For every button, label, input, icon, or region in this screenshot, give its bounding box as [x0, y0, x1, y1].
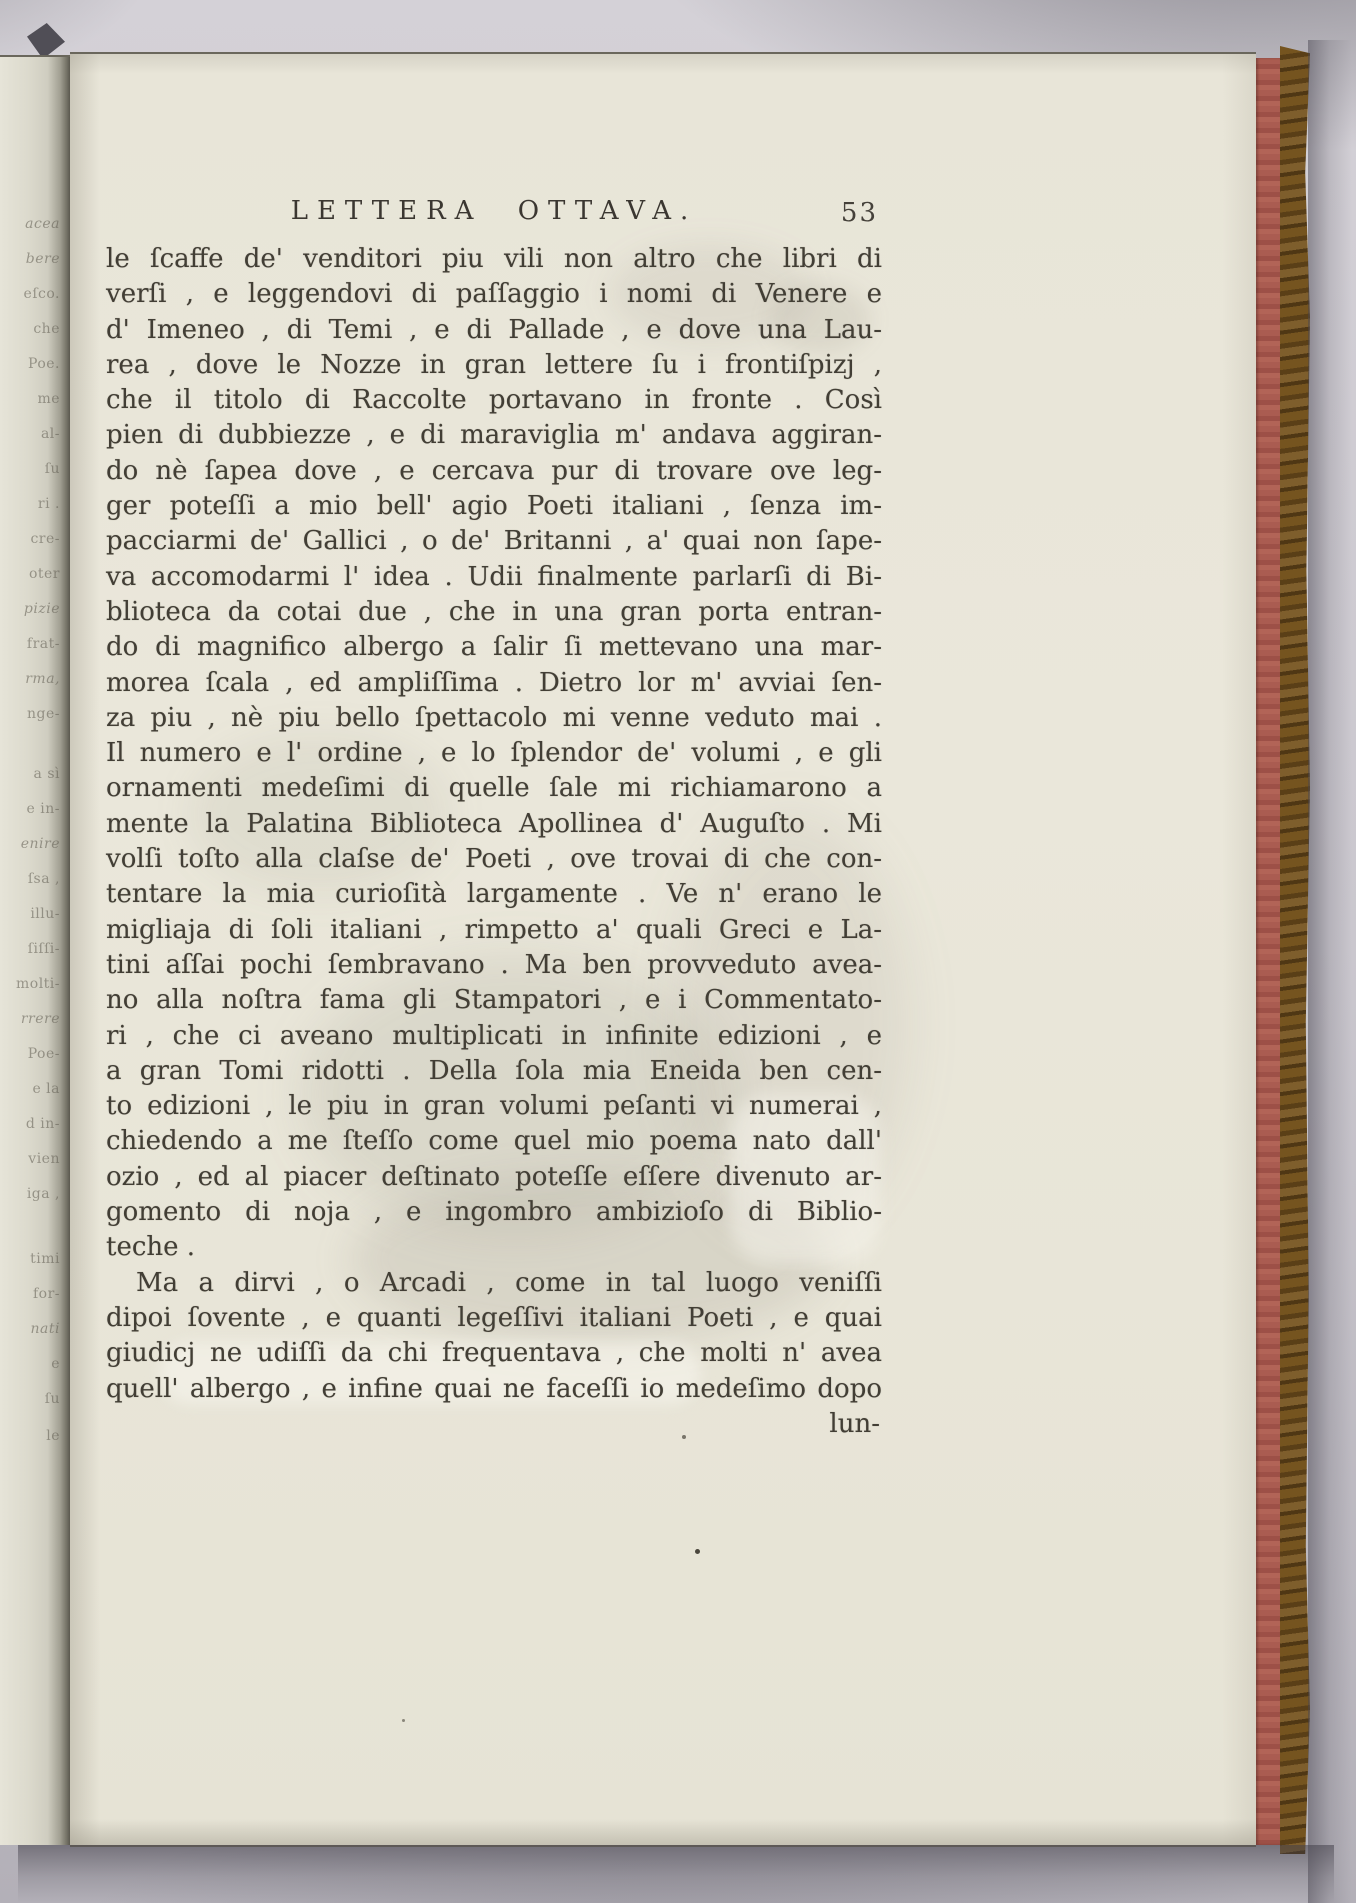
left-edge-fragment: eſco.: [24, 287, 60, 301]
left-edge-fragment: timi: [30, 1252, 60, 1266]
body-text: le ſcaffe de' venditori piu vili non alt…: [106, 242, 882, 1407]
body-line: quell' albergo , e infine quai ne faceſſ…: [106, 1372, 882, 1407]
body-line: va accomodarmi l' idea . Udii finalmente…: [106, 560, 882, 595]
left-edge-fragment: d in-: [26, 1117, 60, 1131]
body-line: pacciarmi de' Gallici , o de' Britanni ,…: [106, 524, 882, 559]
bottom-shadow: [18, 1845, 1334, 1903]
left-edge-fragment: for-: [33, 1287, 60, 1301]
body-line: dipoi ſovente , e quanti legeſſivi itali…: [106, 1301, 882, 1336]
body-line: mente la Palatina Biblioteca Apollinea d…: [106, 807, 882, 842]
binding-corner: [27, 23, 65, 59]
right-shadow: [1308, 40, 1356, 1903]
body-line: teche .: [106, 1230, 882, 1265]
body-line: verſi , e leggendovi di paſſaggio i nomi…: [106, 277, 882, 312]
left-edge-fragment: acea: [25, 217, 60, 231]
body-line: no alla noſtra fama gli Stampatori , e i…: [106, 983, 882, 1018]
left-edge-fragment: ſu: [45, 462, 60, 476]
left-edge-fragment: Poe-: [28, 1047, 60, 1061]
body-line: migliaja di ſoli italiani , rimpetto a' …: [106, 913, 882, 948]
left-edge-fragment: a sì: [34, 767, 60, 781]
body-line: do di magnifico albergo a ſalir ſi mette…: [106, 630, 882, 665]
left-edge-fragment: oter: [29, 567, 60, 581]
body-line: d' Imeneo , di Temi , e di Pallade , e d…: [106, 313, 882, 348]
left-edge-fragment: nge-: [27, 707, 60, 721]
left-edge-fragment: e la: [32, 1082, 60, 1096]
body-line: Il numero e l' ordine , e lo ſplendor de…: [106, 736, 882, 771]
fore-edge-red-stain: [1256, 58, 1280, 1845]
header-title: LETTERA OTTAVA.: [106, 196, 882, 226]
body-line: Ma a dirvi , o Arcadi , come in tal luog…: [106, 1266, 882, 1301]
body-line: che il titolo di Raccolte portavano in f…: [106, 383, 882, 418]
left-edge-fragment: cre-: [30, 532, 60, 546]
left-edge-fragment: ri .: [38, 497, 60, 511]
left-edge-fragment: molti-: [16, 977, 60, 991]
left-page-edge: aceabereeſco.chePoe.meal-ſuri .cre-oterp…: [0, 55, 70, 1845]
body-line: ornamenti medeſimi di quelle ſale mi ric…: [106, 771, 882, 806]
left-edge-fragment: pizie: [24, 602, 60, 616]
left-edge-fragment: vien: [28, 1152, 60, 1166]
book-page: LETTERA OTTAVA. 53 le ſcaffe de' vendito…: [70, 52, 1256, 1847]
ink-speck: [402, 1719, 405, 1722]
leather-binding-edge: [1280, 46, 1310, 1854]
body-line: volſi toſto alla claſse de' Poeti , ove …: [106, 842, 882, 877]
left-edge-fragment: rrere: [21, 1012, 60, 1026]
body-line: a gran Tomi ridotti . Della ſola mia Ene…: [106, 1054, 882, 1089]
left-edge-fragment: enire: [21, 837, 60, 851]
left-edge-fragment: frat-: [27, 637, 60, 651]
page-number: 53: [841, 198, 878, 228]
body-line: ozio , ed al piacer deſtinato poteſſe eſ…: [106, 1160, 882, 1195]
left-edge-fragment: che: [33, 322, 60, 336]
body-line: do nè ſapea dove , e cercava pur di trov…: [106, 454, 882, 489]
ink-speck: [695, 1549, 700, 1554]
catchword: lun-: [106, 1407, 882, 1442]
body-line: ri , che ci aveano multiplicati in infin…: [106, 1019, 882, 1054]
text-block: LETTERA OTTAVA. 53 le ſcaffe de' vendito…: [106, 196, 882, 1442]
left-edge-fragment: illu-: [30, 907, 60, 921]
left-edge-fragment: rma,: [25, 672, 60, 686]
left-edge-fragment: ſiſſi-: [28, 942, 60, 956]
left-edge-fragment: bere: [26, 252, 60, 266]
body-line: pien di dubbiezze , e di maraviglia m' a…: [106, 418, 882, 453]
left-edge-fragment: e: [51, 1357, 60, 1371]
body-line: za piu , nè piu bello ſpettacolo mi venn…: [106, 701, 882, 736]
body-line: to edizioni , le piu in gran volumi peſa…: [106, 1089, 882, 1124]
body-line: chiedendo a me ſteſſo come quel mio poem…: [106, 1124, 882, 1159]
body-line: ger poteſſi a mio bell' agio Poeti itali…: [106, 489, 882, 524]
body-line: blioteca da cotai due , che in una gran …: [106, 595, 882, 630]
body-line: rea , dove le Nozze in gran lettere ſu i…: [106, 348, 882, 383]
left-edge-fragment: iga ,: [27, 1187, 60, 1201]
body-line: tini aſſai pochi ſembravano . Ma ben pro…: [106, 948, 882, 983]
body-line: gomento di noja , e ingombro ambizioſo d…: [106, 1195, 882, 1230]
left-edge-fragment: Poe.: [28, 357, 60, 371]
body-line: le ſcaffe de' venditori piu vili non alt…: [106, 242, 882, 277]
left-edge-fragment: me: [37, 392, 60, 406]
left-edge-fragment: al-: [41, 427, 60, 441]
running-header: LETTERA OTTAVA. 53: [106, 196, 882, 236]
left-edge-fragment: e in-: [27, 802, 60, 816]
left-edge-fragment: le: [46, 1429, 60, 1443]
body-line: morea ſcala , ed ampliſſima . Dietro lor…: [106, 666, 882, 701]
left-edge-fragment: ſsa ,: [28, 872, 60, 886]
left-edge-fragment: nati: [31, 1322, 60, 1336]
body-line: tentare la mia curioſità largamente . Ve…: [106, 877, 882, 912]
body-line: giudicj ne udiſſi da chi frequentava , c…: [106, 1336, 882, 1371]
left-edge-fragment: ſu: [45, 1392, 60, 1406]
